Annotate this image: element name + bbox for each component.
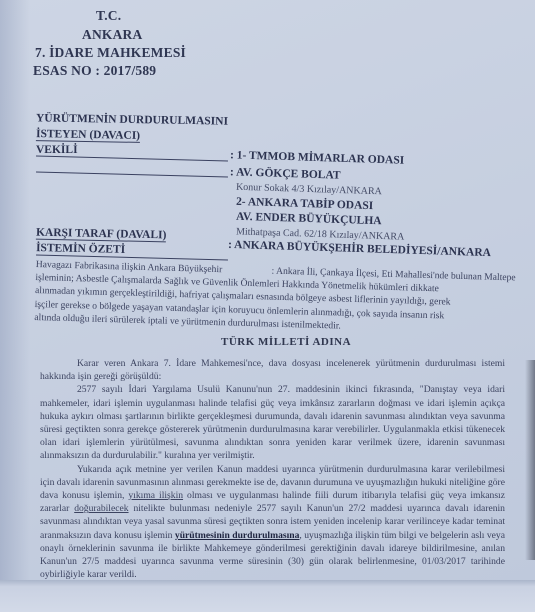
paragraph-2: 2577 sayılı İdari Yargılama Usulü Kanunu… (40, 383, 505, 462)
court-name: 7. İDARE MAHKEMESİ (35, 45, 186, 61)
p3-underlined-demolition: yıkıma ilişkin (128, 490, 183, 501)
header-tc: T.C. (96, 8, 121, 24)
attorney-label: VEKİLİ (36, 144, 78, 156)
page-shadow (0, 0, 30, 612)
paragraph-3: Yukarıda açık metnine yer verilen Kanun … (40, 463, 505, 582)
header-city: ANKARA (82, 27, 142, 43)
summary-text: Havagazı Fabrikasına ilişkin Ankara Büyü… (34, 258, 516, 337)
decision-title: TÜRK MİLLETİ ADINA (221, 336, 351, 348)
paragraph-1: Karar veren Ankara 7. İdare Mahkemesi'nc… (40, 357, 505, 383)
paper-fold (0, 580, 535, 612)
plaintiff-label-2: İSTEYEN (DAVACI) (36, 128, 140, 143)
p3-underlined-cause: doğurabilecek (74, 503, 128, 514)
p3-stay-of-execution: yürütmesinin durdurulmasına (175, 530, 300, 541)
decision-body: Karar veren Ankara 7. İdare Mahkemesi'nc… (40, 357, 505, 581)
case-number: ESAS NO : 2017/589 (33, 63, 156, 79)
finger-shadow (525, 360, 535, 560)
defendant-label: KARŞI TARAF (DAVALI) (36, 227, 167, 243)
